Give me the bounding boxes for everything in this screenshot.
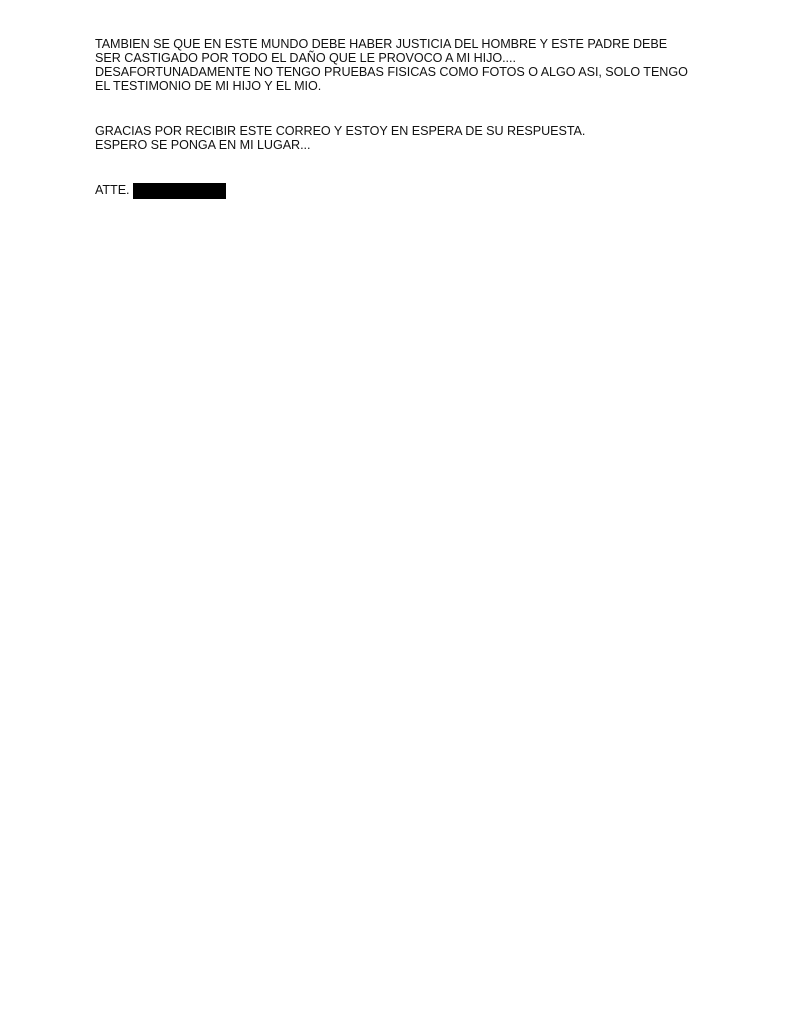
redacted-name-box [133, 183, 226, 199]
paragraph-justice: TAMBIEN SE QUE EN ESTE MUNDO DEBE HABER … [95, 37, 688, 93]
paragraph-thanks: GRACIAS POR RECIBIR ESTE CORREO Y ESTOY … [95, 124, 585, 152]
paragraph-line: ESPERO SE PONGA EN MI LUGAR... [95, 138, 585, 152]
paragraph-line: EL TESTIMONIO DE MI HIJO Y EL MIO. [95, 79, 688, 93]
document-page: TAMBIEN SE QUE EN ESTE MUNDO DEBE HABER … [0, 0, 791, 1024]
signature-label: ATTE. [95, 183, 130, 197]
signature-line: ATTE. [95, 182, 226, 198]
paragraph-line: GRACIAS POR RECIBIR ESTE CORREO Y ESTOY … [95, 124, 585, 138]
paragraph-line: SER CASTIGADO POR TODO EL DAÑO QUE LE PR… [95, 51, 688, 65]
paragraph-line: TAMBIEN SE QUE EN ESTE MUNDO DEBE HABER … [95, 37, 688, 51]
paragraph-line: DESAFORTUNADAMENTE NO TENGO PRUEBAS FISI… [95, 65, 688, 79]
